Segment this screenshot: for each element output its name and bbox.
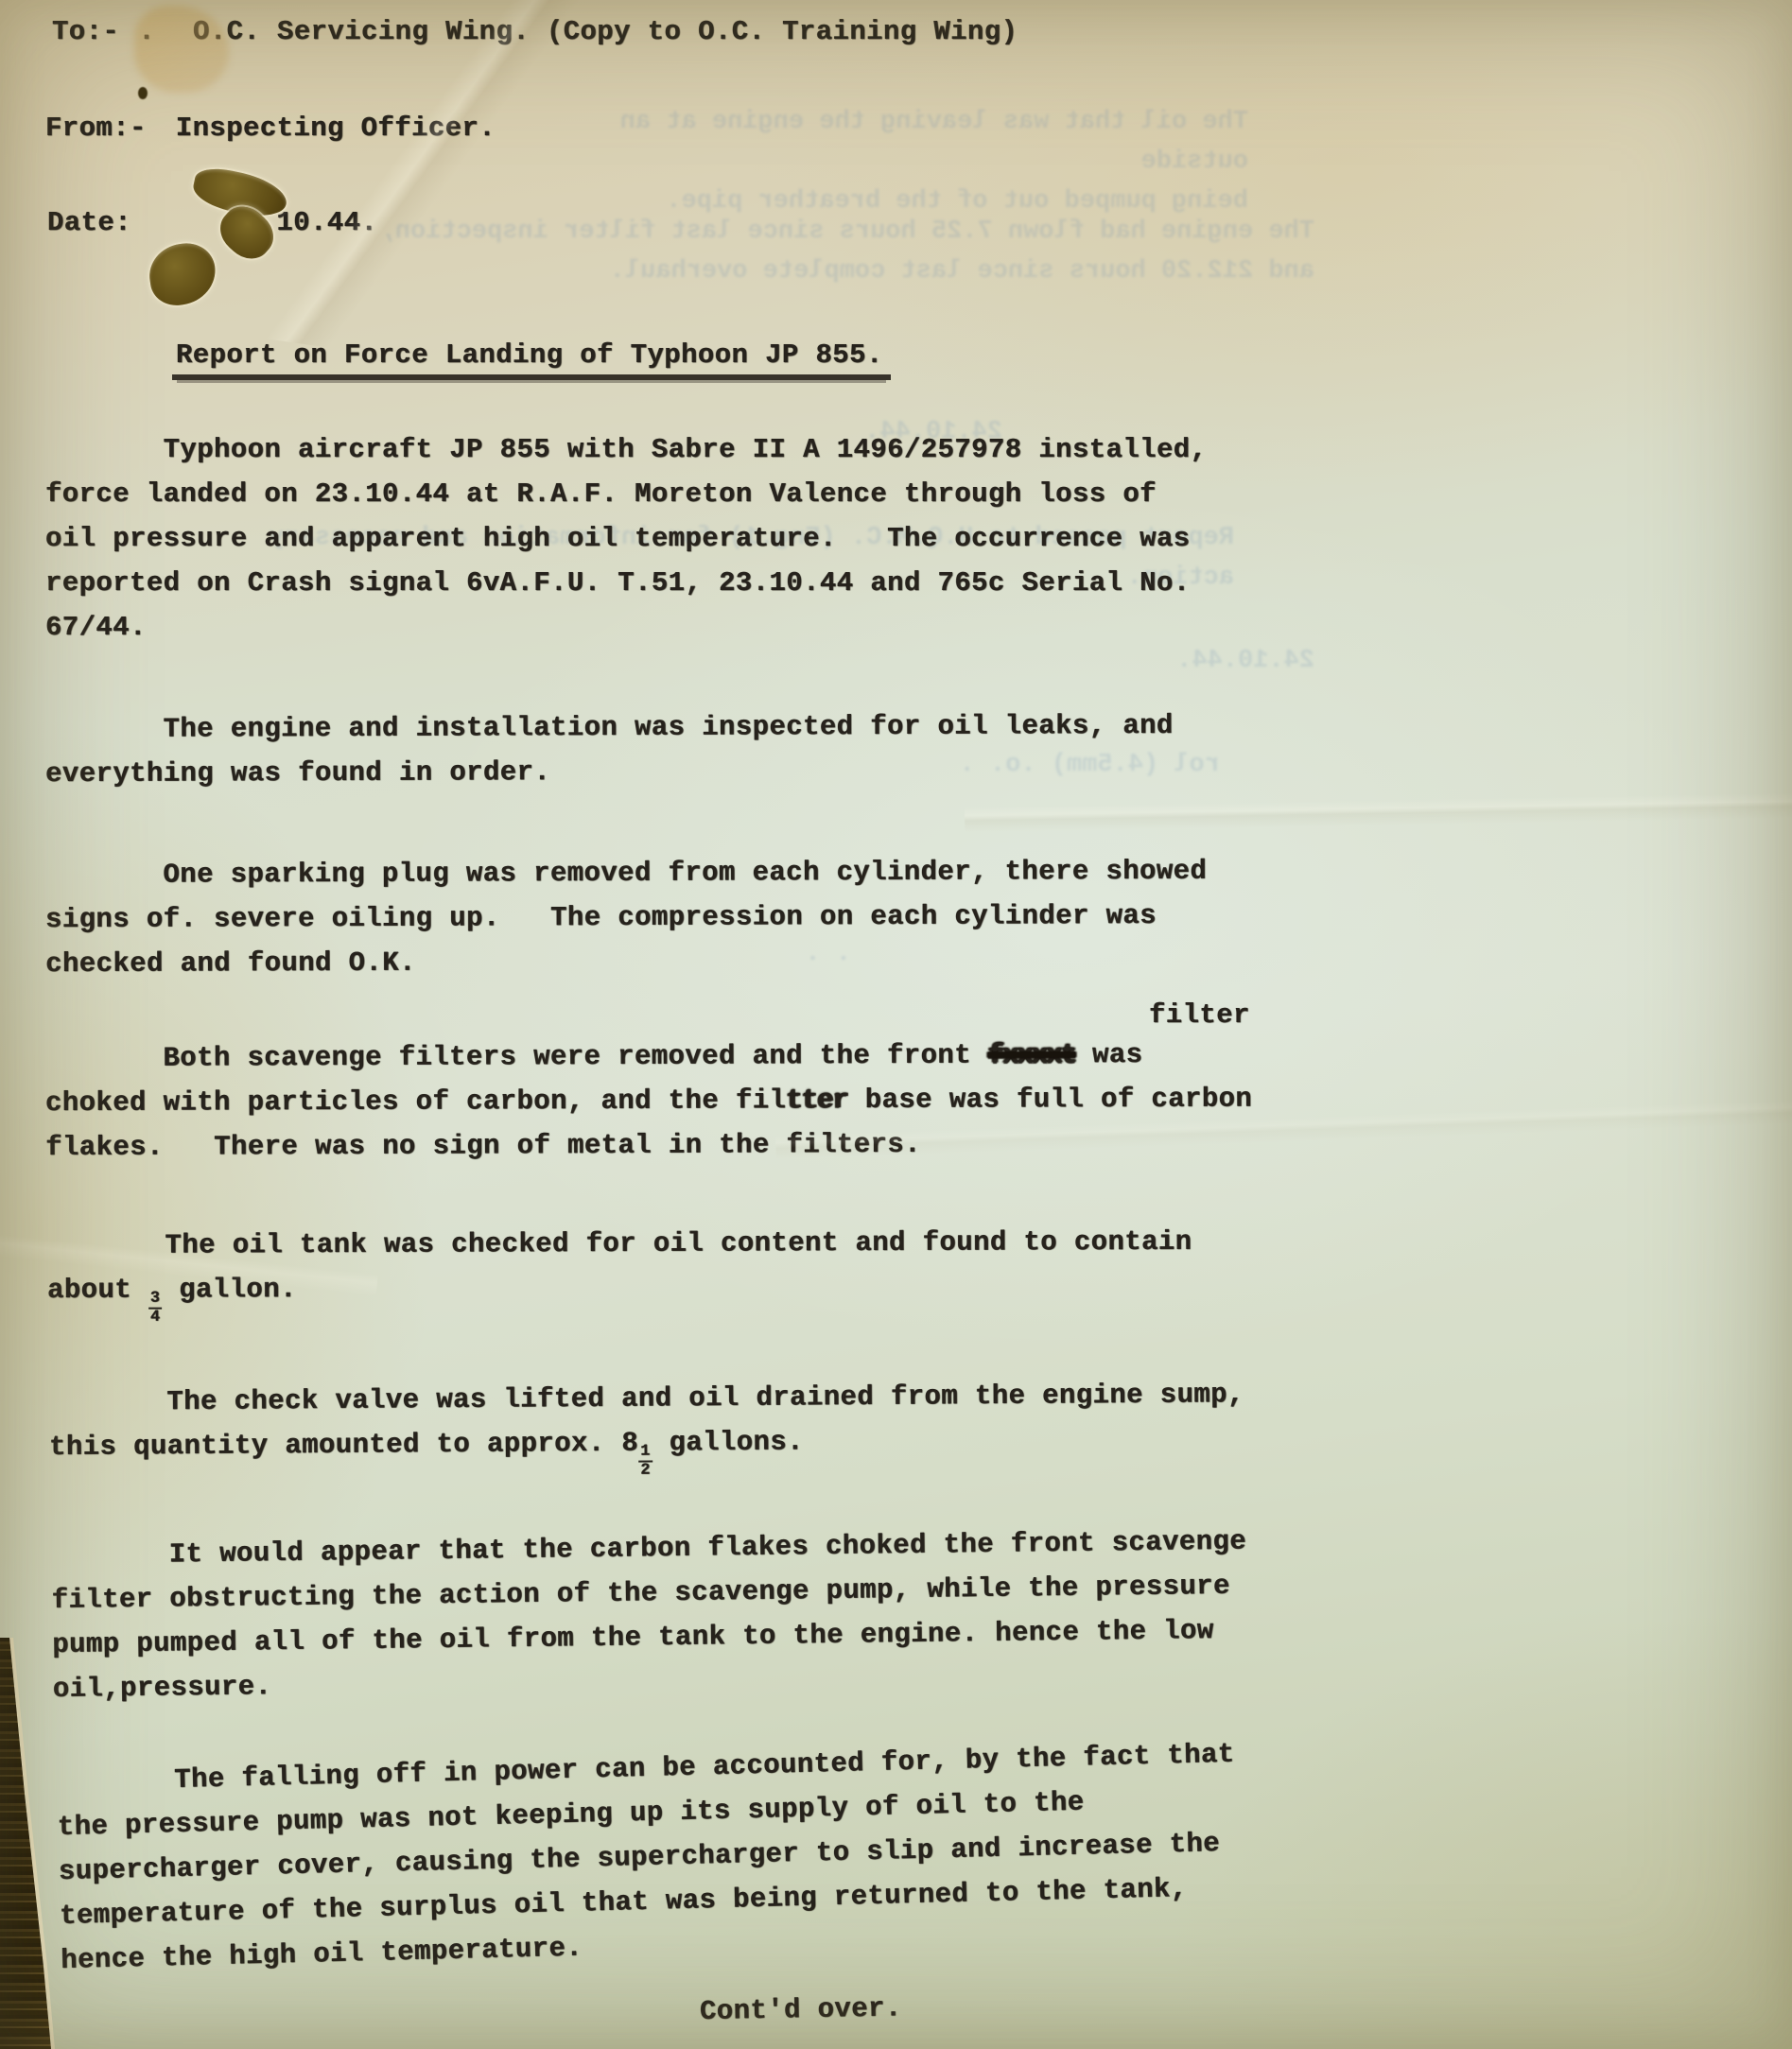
- header-from-line: From:-Inspecting Officer.: [45, 106, 496, 150]
- paragraph-conclusion-power: The falling off in power can be accounte…: [56, 1728, 1366, 1983]
- paragraph-sparking-plugs: One sparking plug was removed from each …: [45, 848, 1275, 986]
- to-value: O.C. Servicing Wing. (Copy to O.C. Train…: [193, 16, 1018, 47]
- fraction-one-half: 12: [638, 1444, 652, 1480]
- from-label: From:-: [45, 113, 147, 144]
- document-page: The oil that was leaving the engine at a…: [0, 0, 1792, 2049]
- ink-speck: [138, 87, 148, 99]
- filters-line2-end: base was full of carbon: [848, 1084, 1252, 1116]
- filters-line3: flakes. There was no sign of metal in th…: [45, 1129, 921, 1163]
- filters-line2-start: choked with particles of carbon, and the…: [45, 1085, 786, 1119]
- header-date-line: Date:24.10.44.: [47, 200, 377, 245]
- paragraph-inspection: The engine and installation was inspecte…: [45, 703, 1275, 796]
- bleedthrough-text: The oil that was leaving the engine at a…: [567, 102, 1248, 221]
- paragraph-conclusion-pressure: It would appear that the carbon flakes c…: [51, 1519, 1320, 1711]
- filters-line1-start: Both scavenge filters were removed and t…: [45, 1040, 988, 1074]
- fraction-three-quarters: 34: [148, 1291, 163, 1327]
- paragraph-filters: Both scavenge filters were removed and t…: [45, 1032, 1313, 1170]
- fraction-numerator: 3: [148, 1291, 163, 1310]
- inserted-word-filter: filter: [1149, 993, 1250, 1037]
- title-underline: Report on Force Landing of Typhoon JP 85…: [172, 339, 891, 380]
- report-title: Report on Force Landing of Typhoon JP 85…: [172, 333, 891, 377]
- paragraph-check-valve: The check valve was lifted and oil drain…: [49, 1372, 1298, 1486]
- check-valve-text-end: gallons.: [652, 1426, 804, 1458]
- bleedthrough-text: The engine had flown 7.25 hours since la…: [227, 212, 1314, 291]
- date-label: Date:: [47, 207, 131, 238]
- filters-line1-end: was: [1075, 1039, 1142, 1070]
- fraction-numerator: 1: [638, 1444, 652, 1463]
- oil-tank-text-end: gallon.: [162, 1274, 297, 1305]
- fraction-denominator: 2: [640, 1463, 651, 1480]
- from-value: Inspecting Officer.: [176, 113, 496, 144]
- to-label: To:-: [52, 16, 119, 47]
- paragraph-oil-tank: The oil tank was checked for oil content…: [47, 1219, 1296, 1329]
- footer-contd: Cont'd over.: [700, 1986, 902, 2034]
- photo-stage: The oil that was leaving the engine at a…: [0, 0, 1792, 2049]
- fraction-denominator: 4: [150, 1310, 161, 1327]
- struck-word: fxxxxt: [988, 1039, 1076, 1070]
- paper-hole: [146, 239, 219, 308]
- overstruck-letters: tter: [786, 1085, 848, 1116]
- paragraph-incident: Typhoon aircraft JP 855 with Sabre II A …: [45, 427, 1275, 650]
